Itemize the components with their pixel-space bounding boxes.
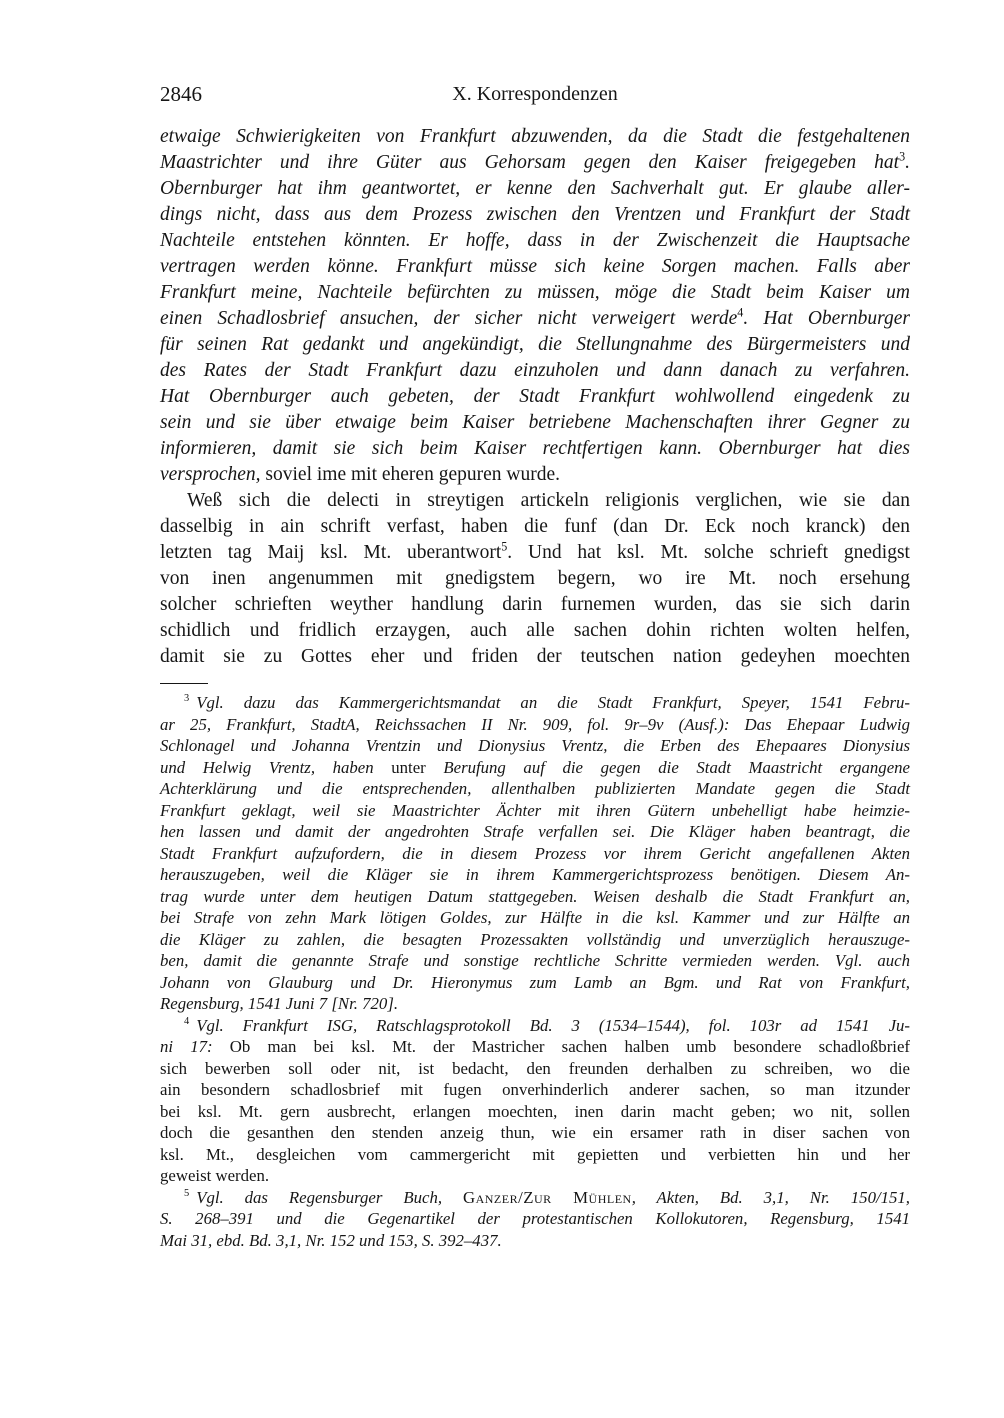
text-line: 5Vgl. das Regensburger Buch, Ganzer/Zur …: [160, 1187, 910, 1209]
text-line: Nachteile entstehen könnten. Er hoffe, d…: [160, 228, 910, 254]
text-segment: Frankfurt geklagt, weil sie Maastrichter…: [160, 801, 910, 820]
text-segment: ben, damit die genannte Strafe und sonst…: [160, 951, 910, 970]
text-segment: dasselbig in ain schrift verfast, haben …: [160, 516, 910, 537]
text-segment: hen lassen und damit der angedrohten Str…: [160, 822, 910, 841]
text-segment: Frankfurt meine, Nachteile befürchten zu…: [160, 282, 910, 303]
text-segment: etwaige Schwierigkeiten von Frankfurt ab…: [160, 126, 910, 147]
text-segment: Vgl. Frankfurt ISG, Ratschlagsprotokoll …: [196, 1016, 910, 1035]
text-segment: damit sie zu Gottes eher und friden der …: [160, 646, 910, 667]
text-block: 2846 X. Korrespondenzen etwaige Schwieri…: [160, 0, 910, 1251]
text-line: letzten tag Maij ksl. Mt. uberantwort5. …: [160, 540, 910, 566]
text-line: ar 25, Frankfurt, StadtA, Reichssachen I…: [160, 714, 910, 736]
footnote-5: 5Vgl. das Regensburger Buch, Ganzer/Zur …: [160, 1187, 910, 1252]
text-segment: informieren, damit sie sich beim Kaiser …: [160, 438, 910, 459]
text-line: des Rates der Stadt Frankfurt dazu einzu…: [160, 358, 910, 384]
text-line: Weß sich die delecti in streytigen artic…: [160, 488, 910, 514]
footnotes-section: 3Vgl. dazu das Kammergerichtsmandat an d…: [160, 692, 910, 1251]
text-segment: , Akten, Bd. 3,1, Nr. 150/151,: [632, 1188, 910, 1207]
text-line: Regensburg, 1541 Juni 7 [Nr. 720].: [160, 993, 910, 1015]
text-line: versprochen, soviel ime mit eheren gepur…: [160, 462, 910, 488]
text-line: dings nicht, dass aus dem Prozess zwisch…: [160, 202, 910, 228]
text-segment: ar 25, Frankfurt, StadtA, Reichssachen I…: [160, 715, 910, 734]
text-line: trag wurde unter dem heutigen Datum stat…: [160, 886, 910, 908]
text-segment: Hat Obernburger auch gebeten, der Stadt …: [160, 386, 910, 407]
text-line: dasselbig in ain schrift verfast, haben …: [160, 514, 910, 540]
text-line: ksl. Mt., desgleichen vom cammergericht …: [160, 1144, 910, 1166]
text-segment: Johann von Glauburg und Dr. Hieronymus z…: [160, 973, 910, 992]
text-line: Johann von Glauburg und Dr. Hieronymus z…: [160, 972, 910, 994]
text-line: etwaige Schwierigkeiten von Frankfurt ab…: [160, 124, 910, 150]
text-segment: versprochen,: [160, 464, 261, 485]
text-segment: Vgl. das Regensburger Buch,: [196, 1188, 463, 1207]
paragraph-editorial-summary: etwaige Schwierigkeiten von Frankfurt ab…: [160, 124, 910, 488]
footnote-number: 5: [184, 1188, 189, 1199]
text-line: vertragen werden könne. Frankfurt müsse …: [160, 254, 910, 280]
text-line: ben, damit die genannte Strafe und sonst…: [160, 950, 910, 972]
text-line: schidlich und fridlich erzaygen, auch al…: [160, 618, 910, 644]
text-segment: für seinen Rat gedankt und angekündigt, …: [160, 334, 910, 355]
small-caps-name: Ganzer/Zur Mühlen: [463, 1188, 632, 1207]
text-line: informieren, damit sie sich beim Kaiser …: [160, 436, 910, 462]
text-segment: solcher schrieften weyther handlung dari…: [160, 594, 910, 615]
text-line: sich bewerben soll oder nit, ist bedacht…: [160, 1058, 910, 1080]
text-line: Frankfurt meine, Nachteile befürchten zu…: [160, 280, 910, 306]
text-line: bei Strafe von zehn Mark lötigen Goldes,…: [160, 907, 910, 929]
text-segment: bei ksl. Mt. gern ausbrecht, erlangen mo…: [160, 1102, 910, 1121]
text-segment: ksl. Mt., desgleichen vom cammergericht …: [160, 1145, 910, 1164]
text-line: Obernburger hat ihm geantwortet, er kenn…: [160, 176, 910, 202]
text-line: einen Schadlosbrief ansuchen, der sicher…: [160, 306, 910, 332]
text-line: geweist werden.: [160, 1165, 910, 1187]
text-segment: Berufung auf die gegen die Stadt Maastri…: [426, 758, 910, 777]
text-segment: die Kläger zu zahlen, die besagten Proze…: [160, 930, 910, 949]
text-line: S. 268–391 und die Gegenartikel der prot…: [160, 1208, 910, 1230]
text-segment: Mai 31, ebd. Bd. 3,1, Nr. 152 und 153, S…: [160, 1231, 502, 1250]
text-line: die Kläger zu zahlen, die besagten Proze…: [160, 929, 910, 951]
text-segment: . Hat Obernburger: [743, 308, 910, 329]
text-segment: bei Strafe von zehn Mark lötigen Goldes,…: [160, 908, 910, 927]
text-line: ni 17: Ob man bei ksl. Mt. der Mastriche…: [160, 1036, 910, 1058]
text-segment: Obernburger hat ihm geantwortet, er kenn…: [160, 178, 910, 199]
text-line: Stadt Frankfurt aufzufordern, die in die…: [160, 843, 910, 865]
text-line: hen lassen und damit der angedrohten Str…: [160, 821, 910, 843]
text-segment: Achterklärung und die entsprechenden, al…: [160, 779, 910, 798]
text-line: Schlonagel und Johanna Vrentzin und Dion…: [160, 735, 910, 757]
text-segment: Vgl. dazu das Kammergerichtsmandat an di…: [196, 693, 910, 712]
text-segment: ni 17:: [160, 1037, 230, 1056]
text-segment: S. 268–391 und die Gegenartikel der prot…: [160, 1209, 910, 1228]
text-segment: einen Schadlosbrief ansuchen, der sicher…: [160, 308, 737, 329]
text-line: bei ksl. Mt. gern ausbrecht, erlangen mo…: [160, 1101, 910, 1123]
footnote-4: 4Vgl. Frankfurt ISG, Ratschlagsprotokoll…: [160, 1015, 910, 1187]
text-segment: Nachteile entstehen könnten. Er hoffe, d…: [160, 230, 910, 251]
text-segment: von inen angenummen mit gnedigstem beger…: [160, 568, 910, 589]
text-line: sein und sie über etwaige beim Kaiser be…: [160, 410, 910, 436]
text-line: 4Vgl. Frankfurt ISG, Ratschlagsprotokoll…: [160, 1015, 910, 1037]
text-segment: trag wurde unter dem heutigen Datum stat…: [160, 887, 910, 906]
page-header: 2846 X. Korrespondenzen: [160, 82, 910, 108]
text-segment: des Rates der Stadt Frankfurt dazu einzu…: [160, 360, 910, 381]
text-segment: ain besondern schadlosbrief mit fugen on…: [160, 1080, 910, 1099]
footnote-number: 4: [184, 1016, 189, 1027]
text-line: doch die gesanthen den stenden anzeig th…: [160, 1122, 910, 1144]
text-segment: und Helwig Vrentz, haben: [160, 758, 391, 777]
text-segment: Regensburg, 1541 Juni 7 [Nr. 720].: [160, 994, 398, 1013]
text-line: ain besondern schadlosbrief mit fugen on…: [160, 1079, 910, 1101]
text-line: herauszugeben, weil die Kläger sie in ih…: [160, 864, 910, 886]
text-line: und Helwig Vrentz, haben unter Berufung …: [160, 757, 910, 779]
text-segment: geweist werden.: [160, 1166, 269, 1185]
text-segment: doch die gesanthen den stenden anzeig th…: [160, 1123, 910, 1142]
text-line: von inen angenummen mit gnedigstem beger…: [160, 566, 910, 592]
text-segment: .: [905, 152, 910, 173]
text-segment: unter: [391, 758, 425, 777]
paragraph-source-quote: Weß sich die delecti in streytigen artic…: [160, 488, 910, 670]
text-line: für seinen Rat gedankt und angekündigt, …: [160, 332, 910, 358]
text-segment: . Und hat ksl. Mt. solche schrieft gnedi…: [507, 542, 910, 563]
text-line: Mai 31, ebd. Bd. 3,1, Nr. 152 und 153, S…: [160, 1230, 910, 1252]
text-segment: Ob man bei ksl. Mt. der Mastricher sache…: [230, 1037, 910, 1056]
text-line: solcher schrieften weyther handlung dari…: [160, 592, 910, 618]
text-segment: sich bewerben soll oder nit, ist bedacht…: [160, 1059, 910, 1078]
footnote-3: 3Vgl. dazu das Kammergerichtsmandat an d…: [160, 692, 910, 1015]
text-segment: letzten tag Maij ksl. Mt. uberantwort: [160, 542, 501, 563]
text-line: Frankfurt geklagt, weil sie Maastrichter…: [160, 800, 910, 822]
text-segment: schidlich und fridlich erzaygen, auch al…: [160, 620, 910, 641]
page-number: 2846: [160, 82, 202, 106]
text-line: damit sie zu Gottes eher und friden der …: [160, 644, 910, 670]
text-line: Hat Obernburger auch gebeten, der Stadt …: [160, 384, 910, 410]
text-segment: herauszugeben, weil die Kläger sie in ih…: [160, 865, 910, 884]
main-text: etwaige Schwierigkeiten von Frankfurt ab…: [160, 124, 910, 670]
text-line: Maastrichter und ihre Güter aus Gehorsam…: [160, 150, 910, 176]
text-segment: dings nicht, dass aus dem Prozess zwisch…: [160, 204, 910, 225]
text-segment: Weß sich die delecti in streytigen artic…: [187, 490, 910, 511]
text-segment: soviel ime mit eheren gepuren wurde.: [261, 464, 560, 485]
text-segment: vertragen werden könne. Frankfurt müsse …: [160, 256, 910, 277]
footnote-separator-rule: [160, 683, 208, 684]
footnote-number: 3: [184, 693, 189, 704]
text-segment: Maastrichter und ihre Güter aus Gehorsam…: [160, 152, 899, 173]
text-line: Achterklärung und die entsprechenden, al…: [160, 778, 910, 800]
book-page: 2846 X. Korrespondenzen etwaige Schwieri…: [0, 0, 1004, 1418]
text-segment: Schlonagel und Johanna Vrentzin und Dion…: [160, 736, 910, 755]
text-segment: Stadt Frankfurt aufzufordern, die in die…: [160, 844, 910, 863]
running-header: X. Korrespondenzen: [160, 82, 910, 106]
text-segment: sein und sie über etwaige beim Kaiser be…: [160, 412, 910, 433]
text-line: 3Vgl. dazu das Kammergerichtsmandat an d…: [160, 692, 910, 714]
